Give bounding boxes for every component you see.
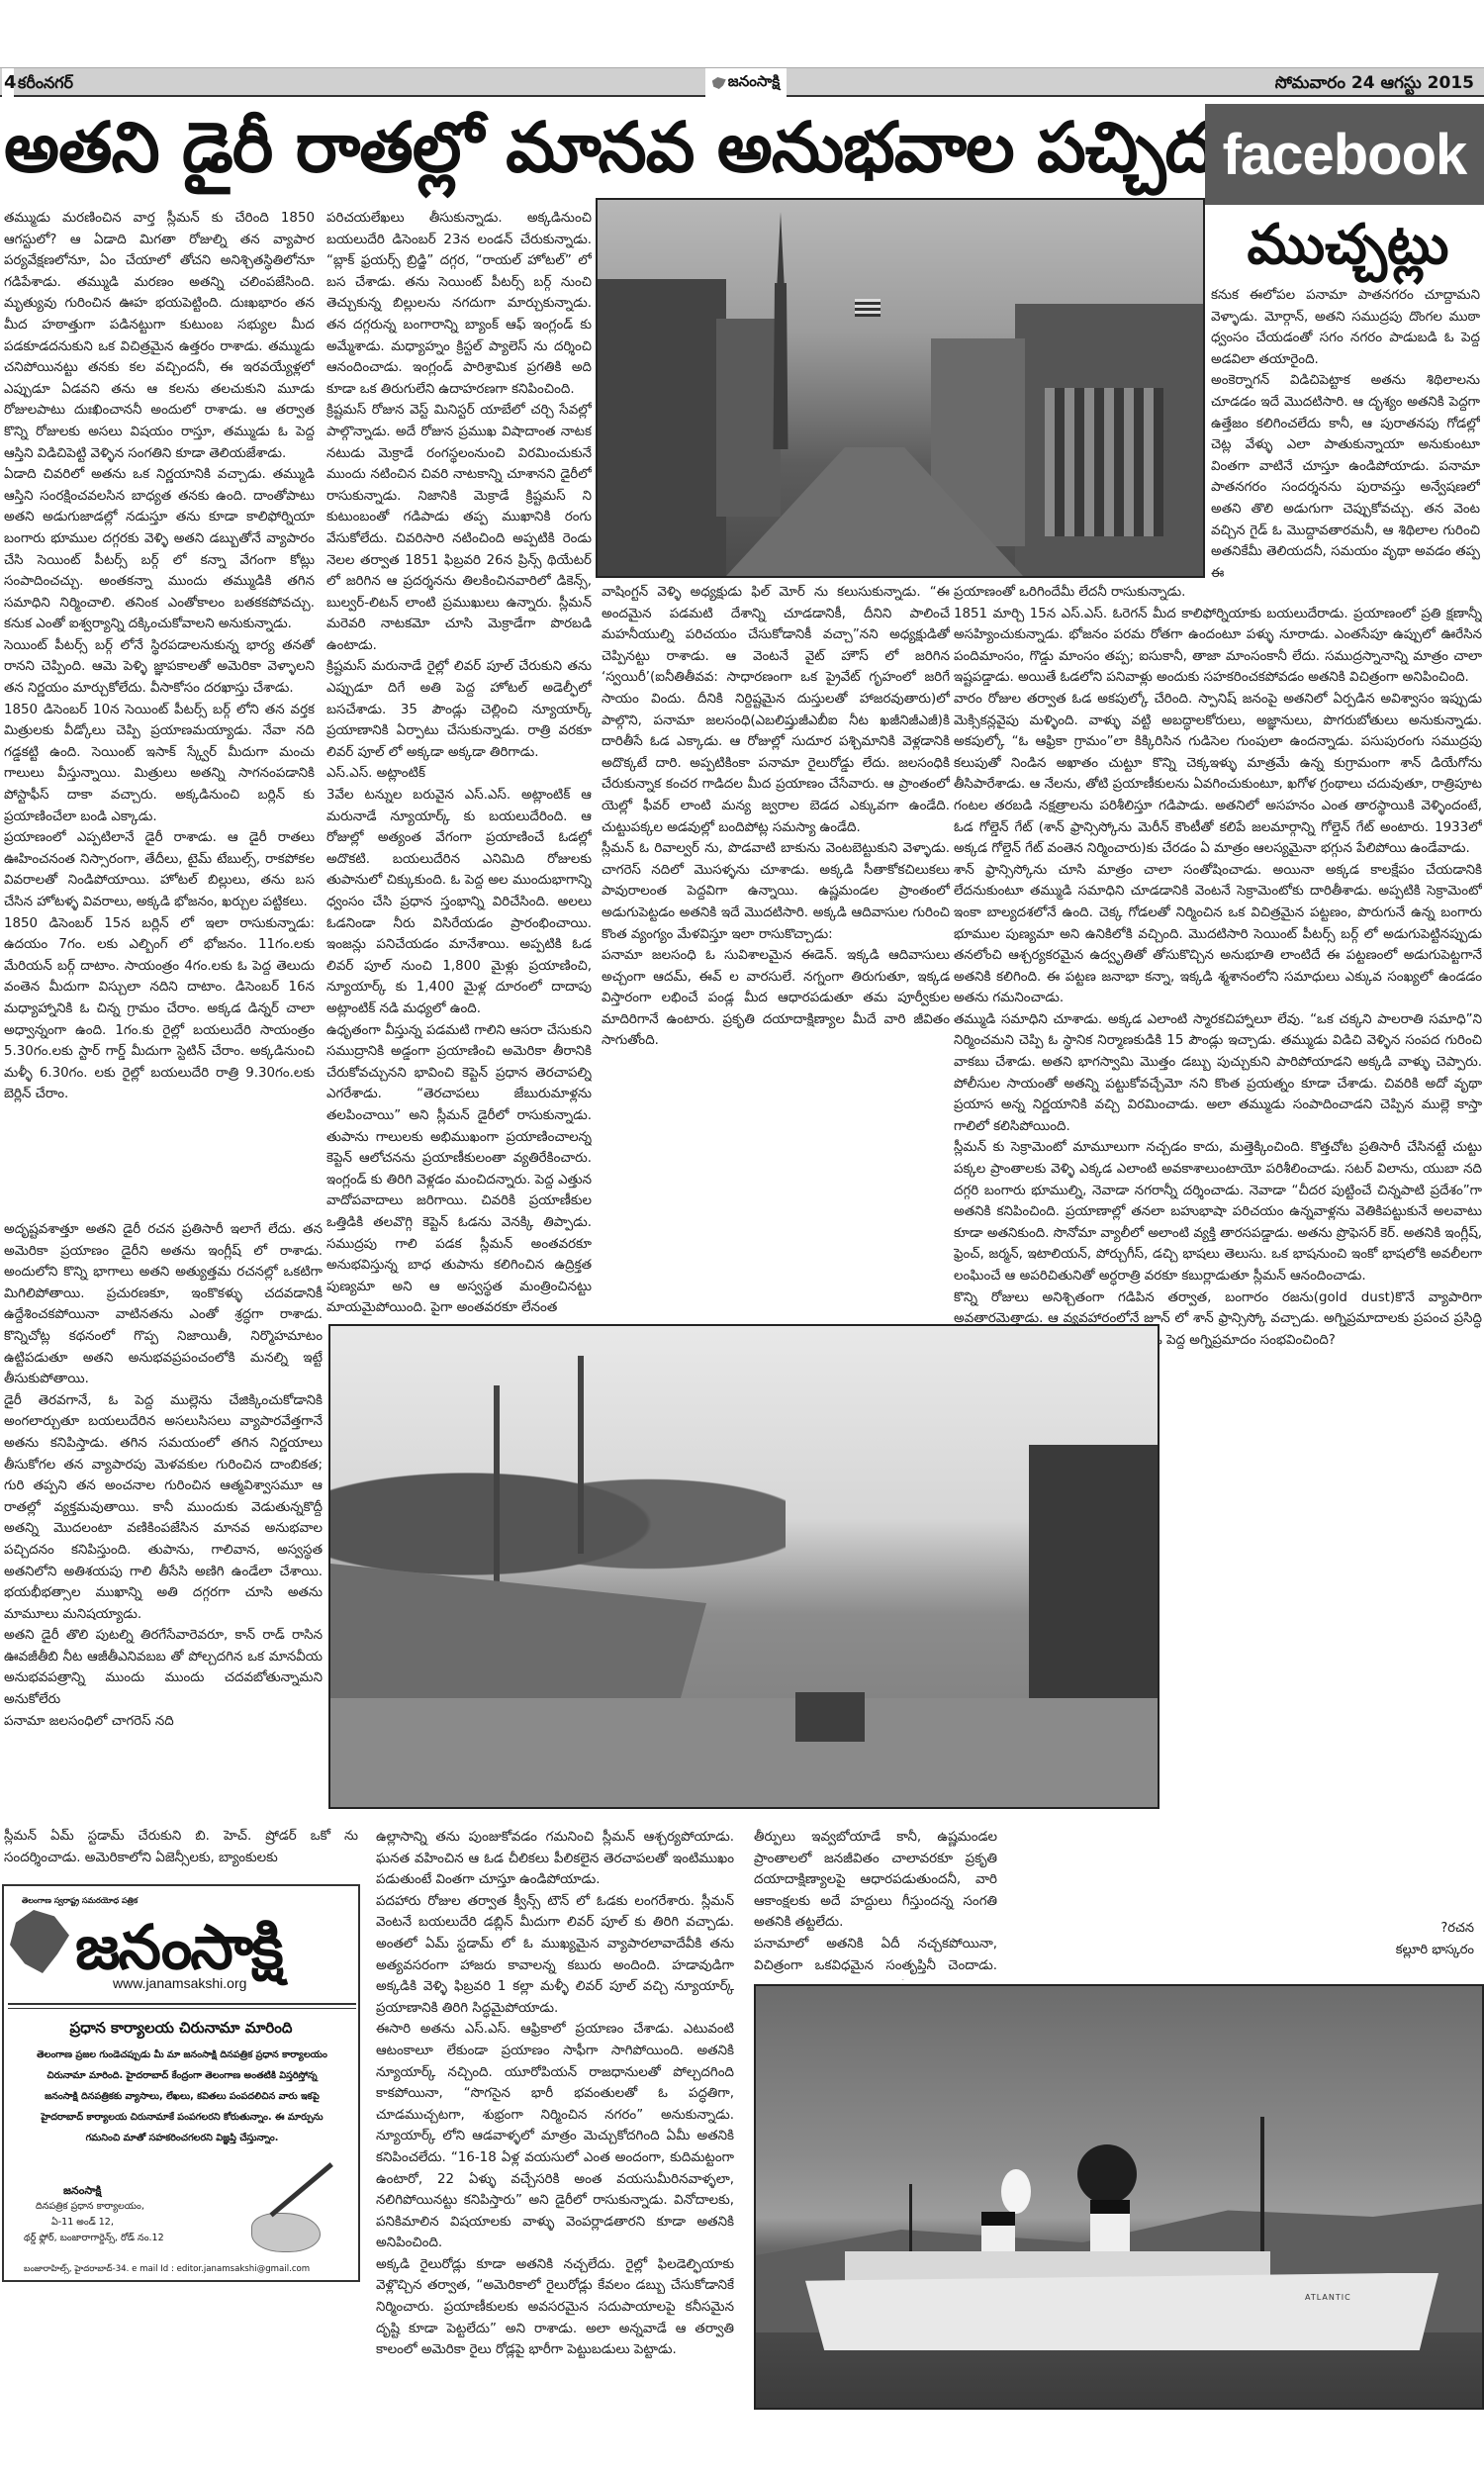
- dateline: సోమవారం 24 ఆగస్టు 2015: [1275, 68, 1474, 98]
- article-column-5: ఉల్లాసాన్ని తను పుంజుకోవడం గమనించి స్లీమ…: [376, 1827, 734, 2440]
- article-column-6: తీర్పులు ఇవ్వబోయాడే కానీ, ఉష్ణమండల ప్రాం…: [754, 1827, 997, 1980]
- ship-funnel: [1090, 2200, 1130, 2257]
- image-caption: పనామా జలసంధిలో చాగరెస్ నది: [4, 1711, 323, 1733]
- paragraph: ప్రయాణంతో ఒరిగిందేమీ లేదనీ రాసుకున్నాడు.: [954, 582, 1482, 604]
- paragraph: స్లీమన్ కు సెక్రామెంటో మామూలుగా నచ్చడం క…: [954, 1137, 1482, 1286]
- headline: అతని డైరీ రాతల్లో మానవ అనుభవాల పచ్చిదనం?: [4, 103, 1191, 192]
- masthead-small: జనంసాక్షి: [705, 68, 787, 98]
- article-column-4-top: కనుక ఈలోపల పనామా పాతనగరం చూద్దామని వెళ్ళ…: [1211, 285, 1480, 578]
- byline-label: ?రచన: [1396, 1918, 1474, 1940]
- chagres-river-painting-image: [328, 1324, 1159, 1809]
- ship-hull: [805, 2273, 1438, 2350]
- feature-subtitle: ముచ్చట్లు: [1212, 210, 1484, 281]
- paragraph: క్రిష్టమస్ రోజున వెస్ట్ మినిస్టర్ యాబేలో…: [326, 400, 592, 656]
- ad-heading: ప్రధాన కార్యాలయ చిరునామా మారింది: [4, 2019, 358, 2041]
- ad-body-line: గమనించి మాతో సహకరించగలరని విజ్ఞప్తి చేస్…: [10, 2128, 354, 2148]
- ad-body-line: హైదరాబాద్ కార్యాలయ చిరునామాకే పంపగలరని క…: [10, 2107, 354, 2128]
- address-line: థర్డ్ ఫ్లోర్, బంజారాగార్డెన్స్, రోడ్ నం.…: [24, 2231, 222, 2246]
- paragraph: ఉధృతంగా వీస్తున్న పడమటి గాలిని ఆసరా చేసు…: [326, 1020, 592, 1318]
- ad-body-line: చిరునామా మారింది. హైదరాబాద్ కేంద్రంగా తె…: [10, 2065, 354, 2086]
- address-city-email: బంజారాహిల్స్, హైదరాబాద్-34. e mail Id : …: [24, 2264, 310, 2276]
- paragraph: 1850 డిసెంబర్ 15న బర్లిన్ లో ఇలా రాసుకున…: [4, 913, 315, 1105]
- paragraph: ఈసారి అతను ఎస్.ఎస్. ఆఫ్రికాలో ప్రయాణం చే…: [376, 2019, 734, 2254]
- ad-body-line: జనంసాక్షి దినపత్రికకు వ్యాసాలు, లేఖలు, క…: [10, 2086, 354, 2107]
- paragraph: 1850 డిసెంబర్ 10న సెయింట్ పీటర్స్ బర్గ్ …: [4, 700, 315, 828]
- edition-name: కరీంనగర్: [18, 68, 73, 98]
- paragraph: ఏడాది చివరిలో అతను ఒక నిర్ణయానికి వచ్చాడ…: [4, 464, 315, 635]
- page-number: 4: [2, 68, 14, 98]
- article-column-1-top: తమ్ముడు మరణించిన వార్త స్లీమన్ కు చేరింద…: [4, 208, 315, 1215]
- paragraph: 3వేల టన్నుల బరువైన ఎస్.ఎస్. అట్లాంటిక్ ఆ…: [326, 785, 592, 1020]
- paragraph: వారం రోజుల తర్వాత ఓడ అకపుల్కో చేరింది. స…: [954, 689, 1482, 860]
- paragraph: స్లీమన్ ఓ రివాల్వర్ ను, పొడవాటి బాకును వ…: [602, 838, 950, 945]
- paragraph: 1851 మార్చి 15న ఎస్.ఎస్. ఓరెగన్ మీద కాలి…: [954, 604, 1482, 689]
- paragraph: అక్కడి రైలురోడ్లు కూడా అతనికి నచ్చలేదు. …: [376, 2254, 734, 2361]
- paragraph: తమ్ముడి సమాధిని చూశాడు. అక్కడ ఎలాంటి స్మ…: [954, 1009, 1482, 1138]
- paragraph: అదృష్టవశాత్తూ అతని డైరీ రచన ప్రతిసారీ ఇల…: [4, 1219, 323, 1390]
- paragraph: స్లీమన్ ఏమ్ స్టడామ్ చేరుకుని బి. హెచ్. ష…: [4, 1826, 358, 1868]
- website-link[interactable]: www.janamsakshi.org: [113, 1975, 246, 1991]
- paragraph: పనామా జలసంధి ఓ సువిశాలమైన ఈడెన్. ఇక్కడి …: [602, 945, 950, 1052]
- ad-body-line: తెలంగాణ ప్రజల గుండెచప్పుడు మీ మా జనంసాక్…: [10, 2045, 354, 2065]
- byline: ?రచన కల్లూరి భాస్కరం: [1396, 1918, 1474, 1961]
- paragraph: వాషింగ్టన్ వెళ్ళి అధ్యక్షుడు ఫిల్ మోర్ న…: [602, 582, 950, 838]
- ad-body: తెలంగాణ ప్రజల గుండెచప్పుడు మీ మా జనంసాక్…: [10, 2045, 354, 2148]
- flag-icon: [855, 299, 881, 317]
- ss-atlantic-ship-photo: ATLANTIC: [754, 1984, 1484, 2410]
- article-column-1-continued: స్లీమన్ ఏమ్ స్టడామ్ చేరుకుని బి. హెచ్. ష…: [4, 1826, 358, 1875]
- byline-author: కల్లూరి భాస్కరం: [1396, 1940, 1474, 1961]
- paragraph: డైరీ తెరవగానే, ఓ పెద్ద ముల్లెను చేజిక్కి…: [4, 1390, 323, 1626]
- paragraph: ఉల్లాసాన్ని తను పుంజుకోవడం గమనించి స్లీమ…: [376, 1827, 734, 1891]
- paragraph: అతని డైరీ తొలి పుటల్ని తిరగేసేవారెవరూ, క…: [4, 1625, 323, 1710]
- smoke: [1077, 2144, 1137, 2204]
- paragraph: సెయింట్ పీటర్స్ బర్గ్ లోనే స్థిరపడాలనుకు…: [4, 635, 315, 700]
- telangana-map-icon: [712, 77, 726, 89]
- paragraph: తమ్ముడు మరణించిన వార్త స్లీమన్ కు చేరింద…: [4, 208, 315, 464]
- paragraph: ప్రయాణంలో ఎప్పటిలానే డైరీ రాశాడు. ఆ డైరీ…: [4, 827, 315, 912]
- ship-name-label: ATLANTIC: [1305, 2293, 1351, 2302]
- paragraph: అంకెర్నాగన్ విడిచిపెట్టాక అతను శిథిలాలను…: [1211, 370, 1480, 578]
- masthead-small-text: జనంసాక్షి: [728, 72, 780, 94]
- paragraph: శాన్ ఫ్రాన్సిస్కోను చూసి మాత్రం చాలా సంత…: [954, 860, 1482, 1009]
- office-address: జనంసాక్షి దినపత్రిక ప్రధాన కార్యాలయం, ఏ-…: [24, 2183, 222, 2246]
- article-column-3: వాషింగ్టన్ వెళ్ళి అధ్యక్షుడు ఫిల్ మోర్ న…: [602, 582, 950, 1320]
- telangana-map-icon: [10, 1910, 69, 1973]
- paragraph: పరిచయలేఖలు తీసుకున్నాడు. అక్కడినుంచి బయల…: [326, 208, 592, 400]
- article-column-1-bottom: అదృష్టవశాత్తూ అతని డైరీ రచన ప్రతిసారీ ఇల…: [4, 1219, 323, 1819]
- janamsakshi-notice-ad: తెలంగాణ స్వరాష్ట్ర సమరయోధ పత్రిక జనంసాక్…: [2, 1884, 360, 2282]
- email-link[interactable]: e mail Id : editor.janamsakshi@gmail.com: [132, 2264, 310, 2274]
- paragraph: తీర్పులు ఇవ్వబోయాడే కానీ, ఉష్ణమండల ప్రాం…: [754, 1827, 997, 1934]
- paragraph: పదహారు రోజుల తర్వాత క్వీన్స్ టౌన్ లో ఓడక…: [376, 1891, 734, 2020]
- paragraph: కనుక ఈలోపల పనామా పాతనగరం చూద్దామని వెళ్ళ…: [1211, 285, 1480, 370]
- address-city: బంజారాహిల్స్, హైదరాబాద్-34.: [24, 2264, 129, 2274]
- divider: [8, 2003, 356, 2009]
- subheading: ఎస్.ఎస్. అట్లాంటిక్: [326, 763, 592, 785]
- address-name: జనంసాక్షి: [24, 2183, 222, 2199]
- page-header-strip: 4 కరీంనగర్ జనంసాక్షి సోమవారం 24 ఆగస్టు 2…: [0, 67, 1484, 97]
- address-line: దినపత్రిక ప్రధాన కార్యాలయం,: [24, 2199, 222, 2215]
- paragraph: క్రిష్టమస్ మరునాడే రైల్లో లివర్ పూల్ చేర…: [326, 656, 592, 763]
- address-line: ఏ-11 అండ్ 12,: [24, 2215, 222, 2231]
- steam: [1001, 2169, 1031, 2214]
- article-column-2: పరిచయలేఖలు తీసుకున్నాడు. అక్కడినుంచి బయల…: [326, 208, 592, 1318]
- paragraph: పనామాలో అతనికి ఏదీ నచ్చకపోయినా, విచిత్రం…: [754, 1934, 997, 1980]
- wall-street-engraving-image: [596, 198, 1205, 578]
- boat: [795, 1692, 865, 1742]
- facebook-logo: facebook: [1205, 104, 1484, 205]
- pen-hand-icon: [241, 2183, 340, 2262]
